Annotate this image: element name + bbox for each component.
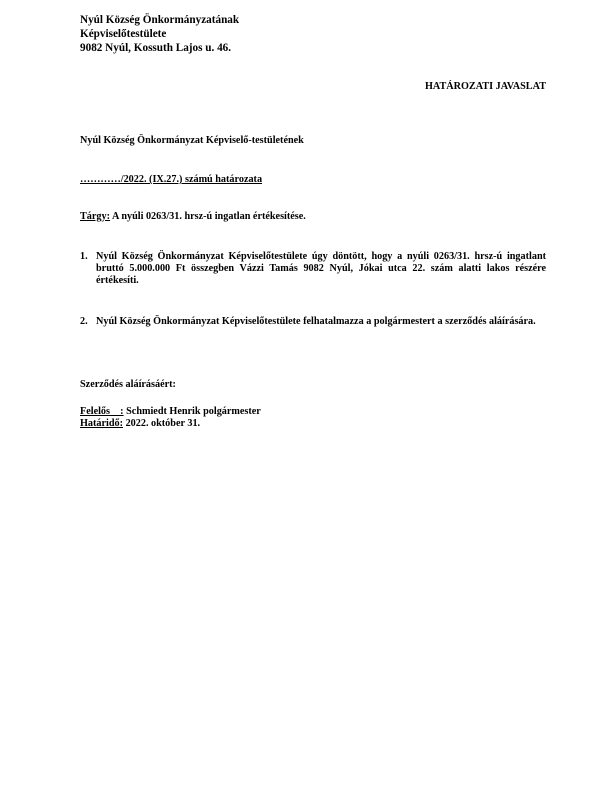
deadline-value: 2022. október 31. [123,418,200,429]
responsible-label: Felelős : [80,406,124,417]
deadline-label: Határidő: [80,418,123,429]
item-text: Nyúl Község Önkormányzat Képviselőtestül… [96,251,546,287]
item-number: 1. [80,251,88,263]
resolution-item-1: 1. Nyúl Község Önkormányzat Képviselőtes… [80,251,546,287]
document-type: HATÁROZATI JAVASLAT [425,81,546,92]
org-address: 9082 Nyúl, Kossuth Lajos u. 46. [80,42,231,55]
addressee: Nyúl Község Önkormányzat Képviselő-testü… [80,135,304,146]
item-text: Nyúl Község Önkormányzat Képviselőtestül… [96,316,546,328]
item-number: 2. [80,316,88,328]
deadline-line: Határidő: 2022. október 31. [80,418,200,429]
subject-text: A nyúli 0263/31. hrsz-ú ingatlan értékes… [110,211,306,222]
responsible-value: Schmiedt Henrik polgármester [124,406,261,417]
resolution-number: …………/2022. (IX.27.) számú határozata [80,174,262,185]
subject-line: Tárgy: A nyúli 0263/31. hrsz-ú ingatlan … [80,211,306,222]
signing-title: Szerződés aláírásáért: [80,379,176,390]
org-name: Nyúl Község Önkormányzatának [80,14,239,27]
subject-label: Tárgy: [80,211,110,222]
responsible-line: Felelős : Schmiedt Henrik polgármester [80,406,261,417]
org-body: Képviselőtestülete [80,28,166,41]
resolution-item-2: 2. Nyúl Község Önkormányzat Képviselőtes… [80,316,546,328]
